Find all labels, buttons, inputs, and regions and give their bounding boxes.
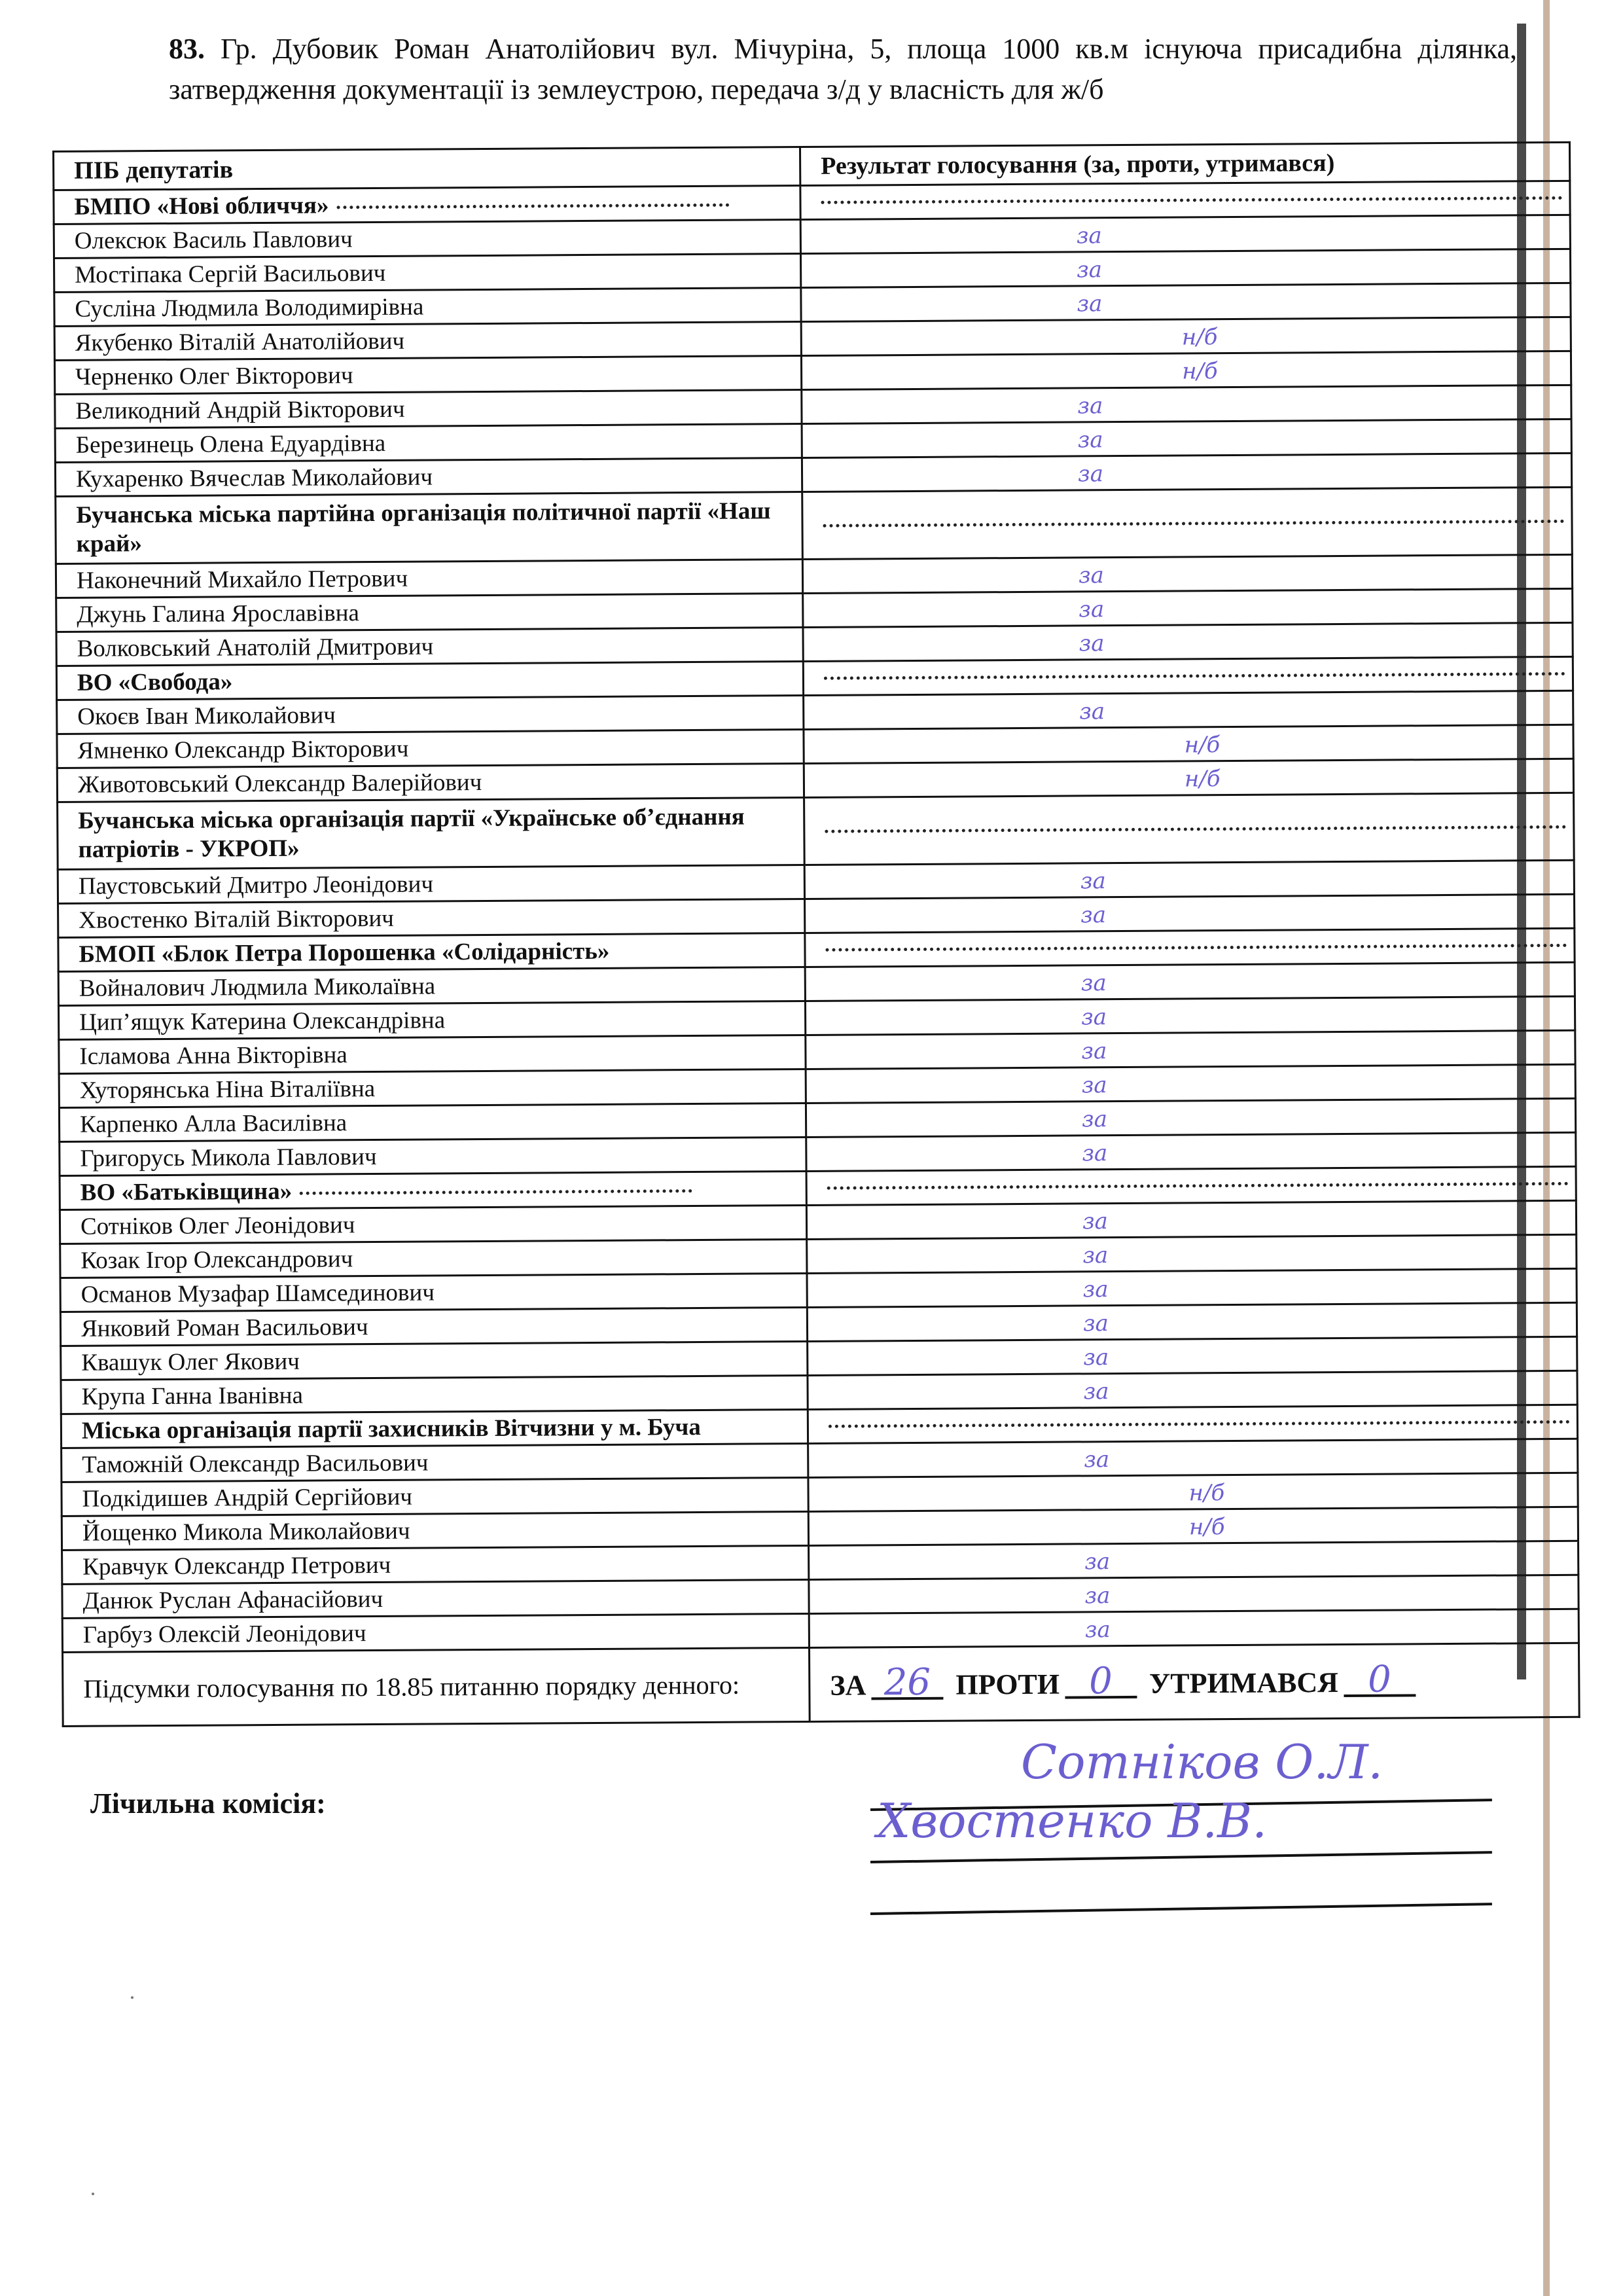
signature-2: Хвостенко В.В. (877, 1793, 1267, 1848)
abstain-label: УТРИМАВСЯ (1149, 1666, 1338, 1700)
header-result: Результат голосування (за, проти, утрима… (800, 142, 1570, 185)
deputy-name: Олексюк Василь Павлович (54, 220, 800, 259)
dotted-filler (337, 203, 730, 209)
handwritten-vote: за (1078, 459, 1103, 488)
deputy-vote-cell: за (806, 1200, 1576, 1239)
deputy-name: Козак Ігор Олександрович (60, 1239, 807, 1278)
dotted-filler (829, 1420, 1570, 1428)
header-deputies: ПІБ депутатів (54, 147, 800, 190)
deputy-name: Хвостенко Віталій Вікторович (58, 899, 805, 937)
faction-title-text: БМОП «Блок Петра Порошенка «Солідарність… (79, 937, 609, 967)
faction-result-cell (806, 1166, 1576, 1205)
deputy-name: Янковий Роман Васильович (60, 1307, 807, 1346)
handwritten-vote: за (1079, 629, 1105, 658)
deputy-name: Черненко Олег Вікторович (54, 356, 801, 395)
deputy-name: Березинець Олена Едуардівна (55, 424, 802, 463)
handwritten-vote: н/б (1185, 764, 1221, 793)
deputy-vote-cell: за (803, 588, 1573, 627)
faction-result-cell (800, 181, 1570, 219)
handwritten-vote: н/б (1182, 323, 1218, 351)
deputy-name: Якубенко Віталій Анатолійович (54, 322, 801, 361)
deputy-vote-cell: за (806, 1098, 1575, 1137)
deputy-vote-cell: за (809, 1575, 1578, 1613)
summary-label: Підсумки голосування по 18.85 питанню по… (63, 1647, 810, 1726)
scan-speck (92, 2193, 94, 2195)
abstain-count: 0 (1344, 1665, 1416, 1697)
handwritten-vote: за (1077, 289, 1102, 318)
faction-title-text: Бучанська міська організація партії «Укр… (78, 804, 745, 863)
deputy-name: Йощенко Микола Миколайович (62, 1511, 808, 1550)
faction-title: БМПО «Нові обличчя» (54, 186, 800, 224)
handwritten-vote: за (1079, 697, 1105, 726)
against-label: ПРОТИ (955, 1668, 1060, 1701)
deputy-name: Карпенко Алла Василівна (59, 1103, 806, 1141)
dotted-filler (824, 672, 1565, 680)
deputy-vote-cell: за (806, 996, 1575, 1035)
scanned-page: 83. Гр. Дубовик Роман Анатолійович вул. … (0, 0, 1623, 2296)
deputy-vote-cell: за (807, 1302, 1577, 1341)
summary-totals: ЗА26 ПРОТИ0 УТРИМАВСЯ0 (810, 1643, 1580, 1721)
deputy-vote-cell: за (804, 860, 1574, 899)
deputy-vote-cell: за (805, 894, 1575, 933)
vote-table: ПІБ депутатів Результат голосування (за,… (52, 141, 1580, 1727)
handwritten-vote: за (1079, 595, 1104, 624)
signature-line-3 (870, 1903, 1492, 1915)
dotted-filler (823, 519, 1565, 527)
handwritten-vote: за (1085, 1615, 1111, 1644)
deputy-name: Ципʼящук Катерина Олександрівна (58, 1001, 805, 1039)
agenda-item-number: 83. (169, 33, 205, 65)
faction-title-text: БМПО «Нові обличчя» (74, 192, 329, 220)
deputy-name: Кухаренко Вячеслав Миколайович (55, 458, 802, 497)
deputy-vote-cell: н/б (804, 759, 1573, 797)
deputy-vote-cell: за (808, 1371, 1577, 1409)
deputy-name: Гарбуз Олексій Леонідович (62, 1613, 809, 1652)
handwritten-vote: за (1082, 1139, 1107, 1168)
deputy-name: Таможній Олександр Васильович (62, 1443, 808, 1482)
handwritten-vote: за (1082, 1105, 1107, 1134)
deputy-vote-cell: за (802, 419, 1571, 457)
deputy-name: Квашук Олег Якович (61, 1341, 808, 1380)
deputy-vote-cell: за (801, 249, 1571, 287)
for-label: ЗА (830, 1669, 866, 1701)
handwritten-vote: н/б (1188, 1479, 1224, 1507)
handwritten-vote: за (1083, 1343, 1109, 1372)
deputy-vote-cell: за (803, 622, 1573, 661)
handwritten-vote: за (1084, 1445, 1109, 1474)
deputy-name: Сусліна Людмила Володимирівна (54, 288, 801, 327)
scan-speck (131, 1996, 134, 1999)
deputy-name: Великодний Андрій Вікторович (55, 390, 802, 429)
handwritten-vote: за (1077, 391, 1103, 420)
deputy-name: Мостіпака Сергій Васильович (54, 254, 801, 293)
deputy-vote-cell: за (802, 554, 1572, 593)
deputy-vote-cell: н/б (801, 317, 1571, 355)
deputy-vote-cell: за (802, 453, 1571, 492)
faction-title: ВО «Батьківщина» (60, 1171, 806, 1210)
agenda-item-text: Гр. Дубовик Роман Анатолійович вул. Мічу… (169, 33, 1517, 105)
faction-title-text: ВО «Батьківщина» (80, 1177, 293, 1206)
deputy-name: Окоєв Іван Миколайович (57, 696, 804, 734)
signature-line-2 (870, 1851, 1492, 1863)
deputy-name: Хуторянська Ніна Віталіївна (59, 1069, 806, 1107)
faction-result-cell (805, 928, 1575, 967)
handwritten-vote: за (1077, 221, 1102, 250)
deputy-name: Данюк Руслан Афанасійович (62, 1579, 809, 1618)
deputy-vote-cell: за (802, 385, 1571, 423)
deputy-name: Кравчук Олександр Петрович (62, 1545, 809, 1584)
deputy-vote-cell: за (807, 1268, 1577, 1307)
against-count: 0 (1065, 1667, 1137, 1699)
handwritten-vote: за (1081, 1037, 1107, 1066)
deputy-vote-cell: за (809, 1541, 1578, 1579)
handwritten-vote: за (1078, 425, 1103, 454)
faction-title: БМОП «Блок Петра Порошенка «Солідарність… (58, 933, 805, 971)
deputy-name: Волковський Анатолій Дмитрович (56, 628, 803, 666)
faction-title: ВО «Свобода» (56, 662, 803, 700)
deputy-name: Подкідишев Андрій Сергійович (62, 1477, 808, 1516)
dotted-filler (821, 196, 1563, 204)
handwritten-vote: за (1082, 1071, 1107, 1100)
faction-title: Бучанська міська організація партії «Укр… (58, 798, 805, 870)
handwritten-vote: за (1081, 969, 1107, 997)
faction-title: Міська організація партії захисників Віт… (61, 1409, 808, 1448)
deputy-vote-cell: за (808, 1336, 1577, 1375)
faction-title-text: ВО «Свобода» (77, 668, 233, 696)
handwritten-vote: за (1084, 1377, 1109, 1406)
faction-title-text: Бучанська міська партійна організація по… (76, 497, 770, 557)
faction-title: Бучанська міська партійна організація по… (56, 492, 803, 564)
deputy-vote-cell: за (807, 1234, 1577, 1273)
handwritten-vote: за (1082, 1241, 1108, 1270)
deputy-name: Османов Музафар Шамсединович (60, 1273, 807, 1312)
faction-result-cell (803, 656, 1573, 695)
deputy-name: Джунь Галина Ярославівна (56, 594, 803, 632)
deputy-vote-cell: за (800, 215, 1570, 253)
handwritten-vote: н/б (1182, 357, 1218, 386)
deputy-vote-cell: н/б (804, 725, 1573, 763)
deputy-vote-cell: за (809, 1609, 1578, 1647)
for-count: 26 (871, 1668, 943, 1700)
deputy-vote-cell: за (806, 1132, 1576, 1171)
faction-result-cell (802, 487, 1573, 559)
dotted-filler (300, 1189, 692, 1195)
handwritten-vote: за (1084, 1547, 1110, 1576)
handwritten-vote: за (1080, 867, 1106, 895)
agenda-item-heading: 83. Гр. Дубовик Роман Анатолійович вул. … (169, 29, 1517, 110)
faction-row: Бучанська міська партійна організація по… (56, 487, 1573, 564)
summary-row: Підсумки голосування по 18.85 питанню по… (63, 1643, 1580, 1726)
deputy-vote-cell: за (806, 1064, 1575, 1103)
handwritten-vote: за (1084, 1581, 1110, 1610)
deputy-name: Крупа Ганна Іванівна (61, 1375, 808, 1414)
deputy-vote-cell: н/б (808, 1507, 1578, 1545)
deputy-vote-cell: за (806, 1030, 1575, 1069)
dotted-filler (826, 944, 1567, 952)
deputy-name: Ямненко Олександр Вікторович (57, 730, 804, 768)
faction-result-cell (804, 793, 1575, 865)
handwritten-vote: за (1079, 561, 1104, 590)
handwritten-vote: н/б (1184, 730, 1220, 759)
deputy-vote-cell: н/б (808, 1473, 1578, 1511)
handwritten-vote: за (1083, 1275, 1109, 1304)
deputy-vote-cell: за (801, 283, 1571, 321)
deputy-name: Войналович Людмила Миколаївна (58, 967, 805, 1005)
handwritten-vote: н/б (1189, 1513, 1225, 1541)
handwritten-vote: за (1077, 255, 1102, 284)
handwritten-vote: за (1081, 1003, 1107, 1031)
deputy-vote-cell: за (805, 962, 1575, 1001)
dotted-filler (825, 825, 1566, 833)
deputy-name: Ісламова Анна Вікторівна (59, 1035, 806, 1073)
deputy-vote-cell: за (804, 691, 1573, 729)
dotted-filler (827, 1182, 1569, 1190)
signature-1: Сотніков О.Л. (1021, 1734, 1383, 1789)
deputy-name: Наконечний Михайло Петрович (56, 560, 802, 598)
faction-title-text: Міська організація партії захисників Віт… (82, 1413, 701, 1444)
deputy-name: Паустовський Дмитро Леонідович (58, 865, 804, 904)
handwritten-vote: за (1083, 1309, 1109, 1338)
handwritten-vote: за (1082, 1207, 1108, 1236)
counting-commission-label: Лічильна комісія: (90, 1787, 326, 1820)
faction-result-cell (808, 1405, 1577, 1443)
deputy-vote-cell: н/б (801, 351, 1571, 389)
faction-row: Бучанська міська організація партії «Укр… (58, 793, 1575, 869)
deputy-name: Сотніков Олег Леонідович (60, 1205, 806, 1244)
deputy-name: Григорусь Микола Павлович (60, 1137, 806, 1175)
deputy-vote-cell: за (808, 1439, 1578, 1477)
deputy-name: Животовський Олександр Валерійович (57, 764, 804, 802)
handwritten-vote: за (1080, 901, 1106, 929)
